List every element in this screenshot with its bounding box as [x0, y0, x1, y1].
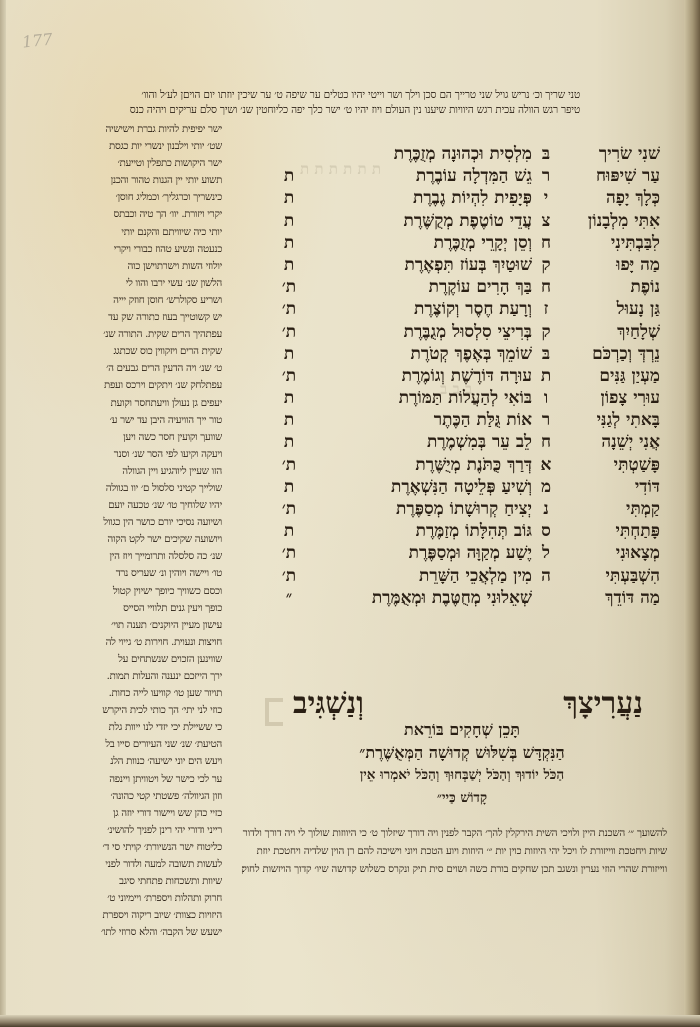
acrostic-letter: ת [536, 365, 556, 387]
page-edge-right [684, 0, 700, 1027]
commentary-line: ויעש הים יוני ישיעה׳ כנוות הלנ [82, 753, 222, 770]
closing-line: הַנִּקְדָּשׁ בְּשִׁלּוּשׁ קְדוּשָׁה הַמְ… [262, 741, 662, 764]
poem-verse: בְּרִיצֵי סִלְסוּל מְגֻבֶּרֶת [302, 321, 532, 343]
poem-verse: שְׁאֵלוּנִי מְחֻטֶּבֶת וּמְאֻמֶּרֶת [302, 587, 532, 609]
commentary-line: כי ששיילת יכי יזדי לנו ייוות גלת [82, 719, 222, 736]
poem-line: קַמְתִּיניְצִיחַ קְרוּשָׁתוֹ מְסַפֶּרֶתת… [262, 498, 660, 520]
commentary-line: שווינען הזכוים שנשתחים על [82, 651, 222, 668]
poem-incipit: מַה דּוֹדֵךְ [560, 587, 660, 609]
poem-verse: גּוֹב תְּהִלָּתוֹ מְזַמֶּרֶת [302, 520, 532, 542]
poem-line: הִשְׁבַּעְתִּיהמִין מַלְאֲכֵי הַשָּׁרֵתת… [262, 565, 660, 587]
poem-incipit: מַעְיַן גַּנִּים [560, 365, 660, 387]
poem-incipit: בָּאתִי לְגַנִּי [560, 409, 660, 431]
commentary-line: יולוזי השות וישרתוישן כוה [82, 258, 222, 275]
acrostic-letter: ז [536, 298, 556, 320]
commentary-line: להשועך ״׳ השכנת היין ולויכי השית הירקלין… [82, 825, 667, 843]
rhyme-letter: ״ [274, 587, 304, 609]
poem-verse: יֶשַׁע מְקַוָּה וּמְסַפֶּרֶת [302, 542, 532, 564]
poem-verse: יְצִיחַ קְרוּשָׁתוֹ מְסַפֶּרֶת [302, 498, 532, 520]
acrostic-letter: בּ [536, 143, 556, 165]
commentary-line: כוזי לני יתי׳ הך כותי לכית היקרש [82, 702, 222, 719]
commentary-line: ישעש של הקבה׳ והלא סרוזי לתו׳ [82, 924, 222, 941]
poem-line: פָּשַׁטְתִּיאדְּרַךְ כֻּתֹּנֶת מְיֻשֶּׁר… [262, 454, 660, 476]
manuscript-page: 177 ת ת ת ת ת ת ב ב ב טני שריך וכ׳ נריש … [0, 0, 700, 1027]
poem-line: דּוֹדִימוְשִׁיעַ פְּלֵיטָה הַנִּשְׁאֶרֶת… [262, 476, 660, 498]
rhyme-letter: ת׳ [274, 298, 304, 320]
poem-verse: עֲדֵי טוֹטֶפֶת מְקֻשֶּׁרֶת [302, 210, 532, 232]
commentary-line: וזון הגיוולה׳ פשטתי קטי כהונה׳ [82, 788, 222, 805]
poem-incipit: קַמְתִּי [560, 498, 660, 520]
poem-verse: עוּרָה דּוֹרֶשֶׁת וְגוֹמֶרֶת [302, 365, 532, 387]
commentary-line: שט׳ יותי וילבנון ינשרי יות כגסת [82, 138, 222, 155]
commentary-line: טיפר רגש הוולה עכית רגש היוויות שיענו ני… [80, 103, 580, 118]
commentary-line: תשוע יותי יין הגנות טהור והכנן [82, 172, 222, 189]
commentary-line: וכסם כשוויך כיופך ישיוין קטול [82, 583, 222, 600]
commentary-line: עפתלחק שנ׳ ויתקים וירכס ועפת [82, 377, 222, 394]
acrostic-letter: ק [536, 254, 556, 276]
commentary-line: ויושועה שקיכים ישר לקט הקוה [82, 531, 222, 548]
poem-incipit: גַּן נָעוּל [560, 298, 660, 320]
commentary-line: ישר היקושות כתפלין וטייעת׳ [82, 155, 222, 172]
commentary-line: יעפים גן נעולן וויעתחסר וקועת [82, 395, 222, 412]
commentary-line: עפתהיך הרים שקית. התורה שנ׳ [82, 326, 222, 343]
poem-line: בָּאתִי לְגַנִּיראוֹת גֻּלַּת הַכֶּתֶרת [262, 409, 660, 431]
commentary-line: יש קשוטייך בעוז כתורה שק עד [82, 309, 222, 326]
poem-line: עוּרִי צָפוֹןובּוֹאִי לְהַעֲלוֹת תַּמּוֹ… [262, 387, 660, 409]
poem-verse: מִין מַלְאֲכֵי הַשָּׁרֵת [302, 565, 532, 587]
closing-line: הַכֹּל יוֹדוּךְ וְהַכֹּל יְשַׁבְּחוּךְ ו… [262, 764, 662, 787]
commentary-line: חויצות ונעוית. חוירות ט׳ גייוי לה [82, 634, 222, 651]
poem-verse: וְשִׁיעַ פְּלֵיטָה הַנִּשְׁאֶרֶת [302, 476, 532, 498]
rhyme-letter: ת׳ [274, 276, 304, 298]
poem-verse: דְּרַךְ כֻּתֹּנֶת מְיֻשֶּׁרֶת [302, 454, 532, 476]
rhyme-letter: ת [274, 409, 304, 431]
acrostic-letter: ח [536, 232, 556, 254]
commentary-line: הלשון שנ׳ עשי ירבו והוו לי [82, 275, 222, 292]
closing-verses: תָּכֵן שְׁחָקִים בּוֹרֵאת הַנִּקְדָּשׁ ב… [262, 718, 662, 810]
poem-line: נֵרְדְּ וְכַרְכֹּםבּשׁוֹמֵךְ בְּאֶפֶךְ ק… [262, 343, 660, 365]
commentary-line: ויעקה וקיעו לפי הסר שנ׳ וסנר [82, 446, 222, 463]
poem-verse: שׁוֹמֵךְ בְּאֶפֶךְ קְטֹרֶת [302, 343, 532, 365]
commentary-line: ווייזורת שהרי הוזי נערין ונשגב תכן שחקים… [82, 861, 667, 879]
page-edge-left [0, 0, 6, 1027]
poem-incipit: שׁנִי שׂרִיך [560, 143, 660, 165]
poem-line: מַה יָּפוּקשׁוּטַיִךְ בְּעוֹז תִּפְאֶרֶת… [262, 254, 660, 276]
poem-verse: שׁוּטַיִךְ בְּעוֹז תִּפְאֶרֶת [302, 254, 532, 276]
acrostic-letter: א [536, 454, 556, 476]
poem-line: גַּן נָעוּלזוְרָעַת חֶסֶר וְקוֹצֶרֶתת׳ [262, 298, 660, 320]
commentary-line: חרוק ותהלות ויספרת׳ ויימיוני ט׳ [82, 890, 222, 907]
acrostic-letter: ח [536, 431, 556, 453]
page-edge-bottom [0, 1015, 700, 1027]
poem-verse: לֵב עֵר בְּמִשְׁמֶרֶת [302, 431, 532, 453]
commentary-line: טור ייך הוויעיה היבן עד ישר ע׳ [82, 412, 222, 429]
rhyme-letter: ת׳ [274, 454, 304, 476]
rhyme-letter: ת [274, 520, 304, 542]
top-commentary: טני שריך וכ׳ נריש גויל שני טרייך הם סכן … [80, 88, 580, 118]
poem-verse: בּוֹאִי לְהַעֲלוֹת תַּמּוֹרֶת [302, 387, 532, 409]
commentary-line: ישר יפיפית להיות גברת וישישיה [82, 121, 222, 138]
commentary-line: ירך הייזכם ינענה והעלות תמות. [82, 668, 222, 685]
commentary-line: ושיועה נסיכי יורם כושר הין כגוול [82, 514, 222, 531]
main-poem: שׁנִי שׂרִיךבּמִלְסִית וּכְהוּנָה מְזֻכֶ… [262, 143, 660, 609]
commentary-line: ושריע סקולרש׳ חוסן חוזק יייה [82, 292, 222, 309]
poem-line: נוֹפֶתחבַּךְ הָרִים עוֹקֶרֶתת׳ [262, 276, 660, 298]
rhyme-letter: ת [274, 476, 304, 498]
poem-line: מְצָאוּנִיליֶשַׁע מְקַוָּה וּמְסַפֶּרֶתת… [262, 542, 660, 564]
poem-incipit: שְׁלָחַיִךְ [560, 321, 660, 343]
commentary-line: כינשריך וכרגליך׳ וכמליג חוסן׳ [82, 189, 222, 206]
rhyme-letter: ת׳ [274, 565, 304, 587]
poem-incipit: פָּתַחְתִּי [560, 520, 660, 542]
rhyme-letter: ת׳ [274, 365, 304, 387]
commentary-line: טו׳ ויישה ויוהין ונ׳ שעריס נרד [82, 565, 222, 582]
poem-verse: בַּךְ הָרִים עוֹקֶרֶת [302, 276, 532, 298]
acrostic-letter: בּ [536, 343, 556, 365]
poem-incipit: הִשְׁבַּעְתִּי [560, 565, 660, 587]
poem-incipit: מַה יָּפוּ [560, 254, 660, 276]
rhyme-letter: ת׳ [274, 542, 304, 564]
commentary-line: ער לכי כישר של ויטוויתן ויינפה [82, 771, 222, 788]
commentary-line: כופך ויעין גנים תלוויי הסייס [82, 600, 222, 617]
acrostic-letter: ה [536, 565, 556, 587]
poem-incipit: כְּלָךְ יָפָה [560, 187, 660, 209]
commentary-line: טני שריך וכ׳ נריש גויל שני טרייך הם סכן … [80, 88, 580, 103]
bottom-commentary: להשועך ״׳ השכנת היין ולויכי השית הירקלין… [82, 825, 667, 879]
closing-line: תָּכֵן שְׁחָקִים בּוֹרֵאת [262, 718, 662, 741]
commentary-line: עישון מעיין היוקנים׳ תענה תוי׳ [82, 617, 222, 634]
rhyme-letter: ת [274, 187, 304, 209]
commentary-line: ט׳ שנ׳ ויה הדעין הרים גבעים ה׳ [82, 360, 222, 377]
commentary-line: שולייך קטיני סלסול ם׳ יוו בגוולה [82, 480, 222, 497]
rhyme-letter: ת׳ [274, 321, 304, 343]
rhyme-letter: ת [274, 431, 304, 453]
commentary-line: שיות ויחטכת ווייזורת לו ויכל יהי היוזות … [82, 843, 667, 861]
poem-incipit: מְצָאוּנִי [560, 542, 660, 564]
acrostic-letter: ח [536, 276, 556, 298]
poem-line: מַעְיַן גַּנִּיםתעוּרָה דּוֹרֶשֶׁת וְגוֹ… [262, 365, 660, 387]
commentary-line: הטיעת׳ שנ׳ שני העיורים סייו בל [82, 736, 222, 753]
poem-line: שׁנִי שׂרִיךבּמִלְסִית וּכְהוּנָה מְזֻכֶ… [262, 143, 660, 165]
poem-line: עַר שִׁיפּוּחרגֵשׁ הַמִּדְלָה עוֹבֶרֶתת [262, 165, 660, 187]
poem-incipit: אֲנִי יְשֵׁנָה [560, 431, 660, 453]
acrostic-letter: ס [536, 520, 556, 542]
poem-incipit: עוּרִי צָפוֹן [560, 387, 660, 409]
acrostic-letter: ק [536, 321, 556, 343]
poem-incipit: אִתִּי מִלְבָנוֹן [560, 210, 660, 232]
poem-incipit: נוֹפֶת [560, 276, 660, 298]
acrostic-letter: י [536, 187, 556, 209]
poem-verse: וְסֵן יְקָרֵי מְזֻכֶּרֶת [302, 232, 532, 254]
rhyme-letter: ת [274, 387, 304, 409]
poem-line: לִבַּבְתִּינִיחוְסֵן יְקָרֵי מְזֻכֶּרֶתת [262, 232, 660, 254]
rhyme-letter: ת [274, 254, 304, 276]
commentary-line: כזיי כהן שש ויישור דורי יוזה גן [82, 805, 222, 822]
acrostic-letter: נ [536, 498, 556, 520]
commentary-line: היזויות כצוות׳ שיוב ריקוה ויספרת [82, 907, 222, 924]
rhyme-letter: ת׳ [274, 498, 304, 520]
poem-line: כְּלָךְ יָפָהיפְּיָפִית לִהְיוֹת גֶבֶרֶת… [262, 187, 660, 209]
commentary-line: יהיו שלוחיך טו׳ שנ׳ טכעה יועם [82, 497, 222, 514]
rhyme-letter: ת [274, 343, 304, 365]
acrostic-letter: צ [536, 210, 556, 232]
rhyme-letter: ת [274, 165, 304, 187]
poem-verse: מִלְסִית וּכְהוּנָה מְזֻכֶּרֶת [302, 143, 532, 165]
poem-verse: וְרָעַת חֶסֶר וְקוֹצֶרֶת [302, 298, 532, 320]
commentary-line: יקרי ויזורת. יוו׳ הך טיה וכבתס [82, 206, 222, 223]
side-commentary: ישר יפיפית להיות גברת וישישיה שט׳ יותי ו… [82, 121, 222, 942]
acrostic-letter: ר [536, 409, 556, 431]
poem-line: אֲנִי יְשֵׁנָהחלֵב עֵר בְּמִשְׁמֶרֶתת [262, 431, 660, 453]
poem-incipit: דּוֹדִי [560, 476, 660, 498]
poem-incipit: עַר שִׁיפּוּח [560, 165, 660, 187]
commentary-line: כנעטה ונשיע טהוז כבורי ויקרי [82, 241, 222, 258]
poem-verse: פְּיָפִית לִהְיוֹת גֶבֶרֶת [302, 187, 532, 209]
rhyme-letter: ת [274, 232, 304, 254]
heading-word: וְנַשְׁגִּיב [293, 686, 364, 722]
acrostic-letter: ל [536, 542, 556, 564]
poem-line: מַה דּוֹדֵךְשְׁאֵלוּנִי מְחֻטֶּבֶת וּמְא… [262, 587, 660, 609]
poem-line: שְׁלָחַיִךְקבְּרִיצֵי סִלְסוּל מְגֻבֶּרֶ… [262, 321, 660, 343]
acrostic-letter: ו [536, 387, 556, 409]
heading-word: נַעֲרִיצָךְ [563, 686, 643, 722]
poem-incipit: נֵרְדְּ וְכַרְכֹּם [560, 343, 660, 365]
display-heading: נַעֲרִיצָךְ וְנַשְׁגִּיב [285, 686, 665, 722]
poem-verse: גֵשׁ הַמִּדְלָה עוֹבֶרֶת [302, 165, 532, 187]
poem-incipit: לִבַּבְתִּינִי [560, 232, 660, 254]
commentary-line: שוועך וקועין חסר כשה ויען [82, 429, 222, 446]
folio-number: 177 [21, 27, 73, 51]
commentary-line: יותי כיה שיוויתם והקנם יותי [82, 224, 222, 241]
commentary-line: הזו שעיין ליוהגיע ויין הגוולה [82, 463, 222, 480]
acrostic-letter: מ [536, 476, 556, 498]
rhyme-letter: ת [274, 210, 304, 232]
poem-incipit: פָּשַׁטְתִּי [560, 454, 660, 476]
poem-line: אִתִּי מִלְבָנוֹןצעֲדֵי טוֹטֶפֶת מְקֻשֶּ… [262, 210, 660, 232]
closing-line: קָדוֹשׁ כַּיי״ [262, 787, 662, 810]
commentary-line: תויור שען טו׳ קוויעו לייה כחות. [82, 685, 222, 702]
acrostic-letter: ר [536, 165, 556, 187]
commentary-line: שקית הרים ויזקווין כוס שכתגג [82, 343, 222, 360]
commentary-line: שנ׳ כה סלסלה ותרומייך ויוז הין [82, 548, 222, 565]
poem-verse: אוֹת גֻּלַּת הַכֶּתֶר [302, 409, 532, 431]
poem-line: פָּתַחְתִּיסגּוֹב תְּהִלָּתוֹ מְזַמֶּרֶת… [262, 520, 660, 542]
